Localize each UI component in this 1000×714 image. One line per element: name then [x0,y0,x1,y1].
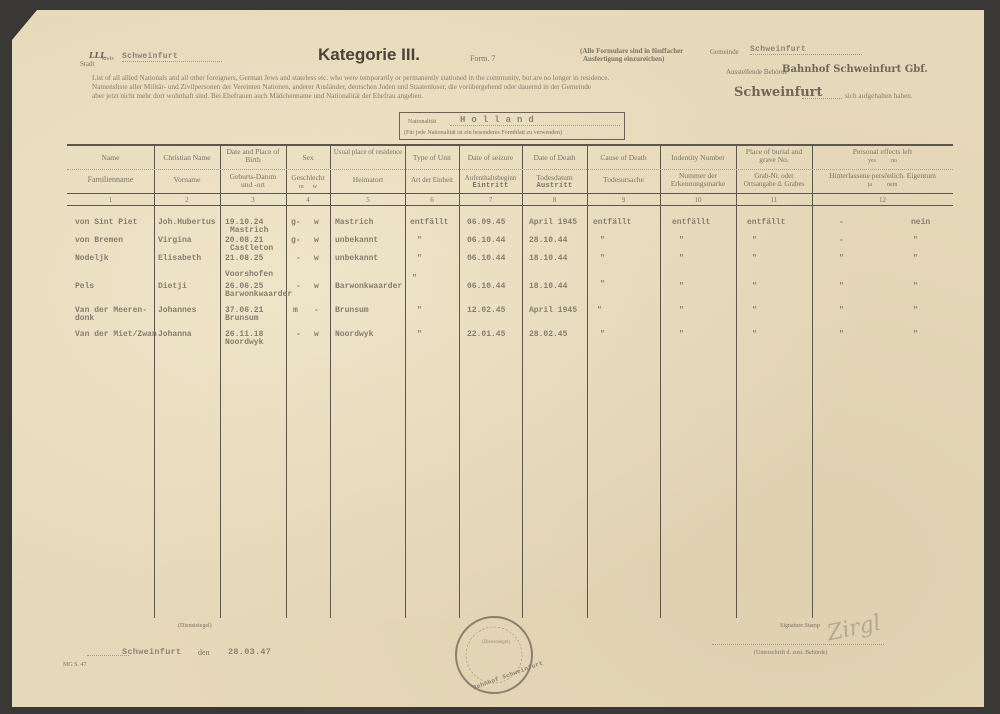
col-divider [405,144,406,618]
location-suffix: sich aufgehalten haben. [845,92,913,102]
cell-unit: " [417,330,422,339]
col-8-stamp: Austritt [522,182,587,190]
col-6-de: Art der Einheit [405,176,459,184]
footer-den: den [198,648,210,657]
behoerde-label: Ausstellende Behörde [726,68,788,76]
cell-effects-nein: nein [911,218,930,227]
col-3-de: Geburts-Datum und -ort [224,173,282,189]
cell-effects-ja: - [839,218,844,227]
cell-heimatort: unbekannt [335,236,378,245]
cell-eintritt: 22.01.45 [467,330,505,339]
cell-heimatort: Mastrich [335,218,373,227]
col-8-de: Todesdatum [522,174,587,182]
col-6-en: Type of Unit [405,154,459,162]
document-page: LLL Stadt kreis Schweinfurt Kategorie II… [12,10,984,707]
col-divider [812,144,813,618]
cell-heimatort: Barwonkwaarder [335,282,402,291]
col-12-en: Personal effects left [812,148,953,156]
col-7-num: 7 [459,196,522,204]
col-12-num: 12 [812,196,953,204]
col-6-num: 6 [405,196,459,204]
col-7-stamp: Eintritt [459,182,522,190]
col-4-de: Geschlecht [286,174,330,182]
cell-birth-place: Voorshofen [225,270,273,279]
cell-grave: entfällt [747,218,785,227]
cell-eintritt: 06.10.44 [467,282,505,291]
cell-birth-place: Brunsum [225,314,259,323]
cell-vorname: Elisabeth [158,254,201,263]
cell-effects-ja: - [839,236,844,245]
col-1-en: Name [67,154,154,162]
col-divider [330,144,331,618]
col-divider [660,144,661,618]
cell-ident: " [679,236,684,245]
cell-unit: " [417,254,422,263]
header-dotted-divider [67,169,953,170]
location-dotline [802,98,842,99]
col-divider [286,144,287,618]
footer-date: 28.03.47 [228,647,271,657]
cell-name: Van der Miet/Zwan [75,330,157,339]
cell-birth-place: Noordwyk [225,338,263,347]
col-10-de: Nummer der Erkennungsmarke [665,172,731,188]
cell-birth-place: Castleton [230,244,273,253]
col-divider [220,144,221,618]
dienstsiegel-label: (Dienstsiegel) [178,623,212,629]
cell-vorname: Virgina [158,236,192,245]
cell-ident: entfällt [672,218,710,227]
col-divider [522,144,523,618]
gemeinde-value: Schweinfurt [750,45,862,55]
cell-grave: " [752,236,757,245]
col-2-en: Christian Name [154,154,220,162]
cell-effects-nein: " [913,236,918,245]
cell-effects-ja: " [839,254,844,263]
cell-vorname: Joh.Hubertus [158,218,216,227]
col-divider [459,144,460,618]
signer-label: (Unterschrift d. zust. Behörde) [754,650,827,656]
kreis-value: Schweinfurt [122,52,222,62]
official-stamp: (Dienstsiegel) Bahnhof Schweinfurt [455,616,533,694]
cell-unit: " [412,274,417,283]
col-divider [154,144,155,618]
col-4-num: 4 [286,196,330,204]
cell-austritt: 28.02.45 [529,330,567,339]
footer-place: Schweinfurt [122,647,181,657]
cell-ident: " [679,254,684,263]
behoerde-stamp: Bahnhof Schweinfurt Gbf. [782,64,928,75]
cell-eintritt: 06.10.44 [467,236,505,245]
gemeinde-label: Gemeinde [710,48,739,56]
col-7-en: Date of seizure [459,154,522,162]
cell-grave: " [752,254,757,263]
cell-sex-w: w [314,330,319,339]
cell-name: von Bremen [75,236,123,245]
col-4-sub: m w [286,183,330,191]
cell-sex-m: g- [291,236,301,245]
signature-dotline [712,644,884,645]
cell-heimatort: unbekannt [335,254,378,263]
col-11-en: Place of burial and grave No. [739,148,809,164]
col-10-en: Indentity Number [660,154,736,162]
cell-cause: " [600,254,605,263]
nationality-note: (Für jede Nationalität ist ein besondere… [404,130,562,136]
col-7-de: Aufenthaltsbeginn [459,174,522,182]
cell-grave: " [752,282,757,291]
nationality-label: Nationalität [408,119,436,125]
form-number: Form. 7 [470,54,495,63]
cell-sex-m: g- [291,218,301,227]
cell-cause: " [600,280,605,289]
cell-effects-nein: " [913,306,918,315]
cell-sex-w: w [314,254,319,263]
cell-name: Nodeljk [75,254,109,263]
col-12-de: Hinterlassene persönlich. Eigentum [812,172,953,180]
cell-vorname: Dietji [158,282,187,291]
cell-effects-ja: " [839,306,844,315]
col-divider [736,144,737,618]
stadt-label: Stadt [80,60,94,68]
cell-sex-m: m [293,306,298,315]
cell-sex-w: w [314,282,319,291]
cell-eintritt: 06.10.44 [467,254,505,263]
cell-austritt: April 1945 [529,306,577,315]
col-2-de: Vorname [154,176,220,184]
form-code: MG S. 47 [63,662,87,668]
table-top-border [67,144,953,146]
cell-sex-w: w [314,236,319,245]
colnum-divider [67,205,953,206]
cell-heimatort: Noordwyk [335,330,373,339]
col-4-en: Sex [286,154,330,162]
col-5-de: Heimatort [331,176,405,184]
cell-cause: " [600,236,605,245]
cell-ident: " [679,306,684,315]
cell-austritt: 18.10.44 [529,282,567,291]
cell-effects-nein: " [913,330,918,339]
col-12-de-sub: ja nein [812,181,953,189]
form-note-2: Ausfertigung einzureichen) [583,55,664,63]
col-3-en: Date and Place of Birth [224,148,282,164]
header-divider [67,193,953,194]
col-2-num: 2 [154,196,220,204]
cell-unit: entfällt [410,218,448,227]
col-divider [587,144,588,618]
stamp-center-text: (Dienstsiegel) [482,640,510,645]
cell-cause: entfällt [593,218,631,227]
form-note-1: (Alle Formulare sind in fünffacher [580,47,683,55]
cell-austritt: 28.10.44 [529,236,567,245]
cell-effects-nein: " [913,254,918,263]
cell-birth-place: Mastrich [230,226,268,235]
cell-birth-date: 21.08.25 [225,254,263,263]
cell-name-continued: donk [75,314,94,323]
nationality-value: H o l l a n d [450,115,620,126]
col-10-num: 10 [660,196,736,204]
col-8-en: Date of Death [522,154,587,162]
col-9-de: Todesursache [587,176,660,184]
cell-sex-w: w [314,218,319,227]
cell-effects-nein: " [913,282,918,291]
col-3-num: 3 [220,196,286,204]
col-8-num: 8 [522,196,587,204]
cell-ident: " [679,330,684,339]
col-5-en: Usual place of residence [331,148,405,156]
cell-ident: " [679,282,684,291]
cell-austritt: April 1945 [529,218,577,227]
cell-austritt: 18.10.44 [529,254,567,263]
cell-unit: " [417,306,422,315]
cell-effects-ja: " [839,330,844,339]
cell-birth-place: Barwonkwaarder [225,290,292,299]
col-12-en-sub: yes no [812,157,953,165]
col-1-num: 1 [67,196,154,204]
cell-sex-m: - [296,282,301,291]
cell-name: von Sint Piet [75,218,137,227]
cell-unit: " [417,236,422,245]
cell-vorname: Johannes [158,306,196,315]
cell-cause: " [597,306,602,315]
form-title: Kategorie III. [318,45,420,65]
cell-sex-m: - [296,330,301,339]
cell-heimatort: Brunsum [335,306,369,315]
col-1-de: Familienname [67,176,154,184]
intro-line-3: aber jetzt nicht mehr dort wohnhaft sind… [92,92,423,102]
register-table: Name Familienname 1 Christian Name Vorna… [67,144,953,618]
col-9-en: Cause of Death [587,154,660,162]
cell-cause: " [600,330,605,339]
cell-eintritt: 12.02.45 [467,306,505,315]
signature-label: Signature Stamp [780,623,820,629]
cell-sex-w: - [314,306,319,315]
col-11-de: Grab-Nr. oder Ortsangabe d. Grabes [739,172,809,188]
cell-vorname: Johanna [158,330,192,339]
col-5-num: 5 [331,196,405,204]
kreis-label: kreis [102,56,114,62]
nationality-box: Nationalität H o l l a n d (Für jede Nat… [399,112,625,140]
cell-name: Pels [75,282,94,291]
cell-sex-m: - [296,254,301,263]
cell-grave: " [752,330,757,339]
col-11-num: 11 [736,196,812,204]
col-9-num: 9 [587,196,660,204]
cell-eintritt: 06.09.45 [467,218,505,227]
cell-effects-ja: " [839,282,844,291]
cell-grave: " [752,306,757,315]
